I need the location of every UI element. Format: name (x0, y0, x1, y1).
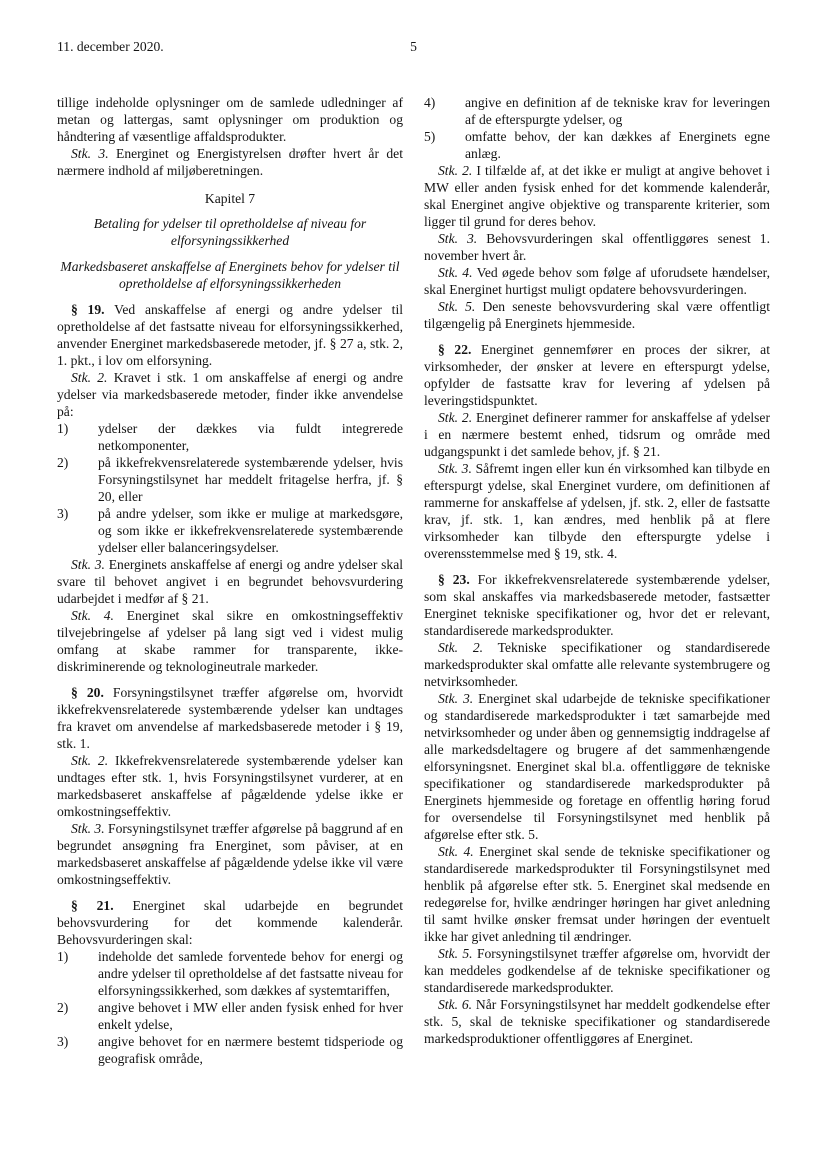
section-paragraph: § 22. Energinet gennemfører en proces de… (424, 341, 770, 409)
chapter-heading-text: Kapitel 7 (205, 191, 255, 206)
stk-paragraph: Stk. 5. Den seneste behovsvurdering skal… (424, 298, 770, 332)
list-item-text: på ikkefrekvensrelaterede systembærende … (98, 455, 403, 504)
heading-text: Betaling for ydelser til opretholdelse a… (94, 216, 366, 248)
section-paragraph: § 23. For ikkefrekvensrelaterede systemb… (424, 571, 770, 639)
list-item-text: omfatte behov, der kan dækkes af Energin… (465, 129, 770, 161)
stk-paragraph: Stk. 4. Ved øgede behov som følge af ufo… (424, 264, 770, 298)
stk-paragraph: Stk. 3. Behovsvurderingen skal offentlig… (424, 230, 770, 264)
paragraph: tillige indeholde oplysninger om de saml… (57, 94, 403, 145)
header-date: 11. december 2020. (57, 38, 164, 55)
section-label: § 23. (438, 572, 470, 587)
list-item-number: 2) (57, 999, 68, 1016)
paragraph-text: Forsyningstilsynet træffer afgørelse om,… (57, 685, 403, 751)
stk-paragraph: Stk. 3. Energinet skal udarbejde de tekn… (424, 690, 770, 843)
paragraph-text: Energinet skal udarbejde de tekniske spe… (424, 691, 770, 842)
list-item-text: angive behovet i MW eller anden fysisk e… (98, 1000, 403, 1032)
chapter-heading: Kapitel 7 (57, 190, 403, 207)
heading-text: Markedsbaseret anskaffelse af Energinets… (60, 259, 399, 291)
stk-label: Stk. 3. (438, 231, 477, 246)
paragraph-text: Den seneste behovsvurdering skal være of… (424, 299, 770, 331)
section-paragraph: § 20. Forsyningstilsynet træffer afgørel… (57, 684, 403, 752)
list-item-number: 1) (57, 948, 68, 965)
center-italic-heading: Betaling for ydelser til opretholdelse a… (57, 215, 403, 249)
list-item-number: 2) (57, 454, 68, 471)
paragraph-text: Forsyningstilsynet træffer afgørelse på … (57, 821, 403, 887)
stk-paragraph: Stk. 2. Kravet i stk. 1 om anskaffelse a… (57, 369, 403, 420)
stk-label: Stk. 2. (71, 753, 108, 768)
section-label: § 20. (71, 685, 104, 700)
section-label: § 22. (438, 342, 471, 357)
paragraph-text: Kravet i stk. 1 om anskaffelse af energi… (57, 370, 403, 419)
list-item-text: angive behovet for en nærmere bestemt ti… (98, 1034, 403, 1066)
page-header: 11. december 2020. 5 (57, 38, 770, 55)
list-item-number: 3) (57, 505, 68, 522)
stk-label: Stk. 2. (438, 410, 472, 425)
page-number: 5 (410, 38, 417, 55)
stk-label: Stk. 4. (438, 265, 473, 280)
list-item-text: ydelser der dækkes via fuldt integrerede… (98, 421, 403, 453)
list-item-text: angive en definition af de tekniske krav… (465, 95, 770, 127)
list-item: 3)på andre ydelser, som ikke er mulige a… (57, 505, 403, 556)
stk-label: Stk. 3. (438, 691, 473, 706)
stk-label: Stk. 4. (438, 844, 474, 859)
paragraph-text: Energinet og Energistyrelsen drøfter hve… (57, 146, 403, 178)
paragraph-text: Energinet gennemfører en proces der sikr… (424, 342, 770, 408)
section-label: § 21. (71, 898, 114, 913)
paragraph-text: Forsyningstilsynet træffer afgørelse om,… (424, 946, 770, 995)
stk-paragraph: Stk. 3. Energinets anskaffelse af energi… (57, 556, 403, 607)
stk-paragraph: Stk. 2. Tekniske specifikationer og stan… (424, 639, 770, 690)
paragraph-text: Energinets anskaffelse af energi og andr… (57, 557, 403, 606)
stk-paragraph: Stk. 3. Forsyningstilsynet træffer afgør… (57, 820, 403, 888)
stk-paragraph: Stk. 6. Når Forsyningstilsynet har medde… (424, 996, 770, 1047)
list-item-number: 3) (57, 1033, 68, 1050)
paragraph-text: Energinet definerer rammer for anskaffel… (424, 410, 770, 459)
stk-label: Stk. 2. (438, 640, 483, 655)
right-column: 4)angive en definition af de tekniske kr… (424, 94, 770, 1067)
list-item-number: 1) (57, 420, 68, 437)
paragraph-text: Såfremt ingen eller kun én virksomhed ka… (424, 461, 770, 561)
paragraph-text: For ikkefrekvensrelaterede systembærende… (424, 572, 770, 638)
paragraph-text: Ved øgede behov som følge af uforudsete … (424, 265, 770, 297)
section-paragraph: § 19. Ved anskaffelse af energi og andre… (57, 301, 403, 369)
stk-label: Stk. 6. (438, 997, 472, 1012)
list-item: 2)på ikkefrekvensrelaterede systembærend… (57, 454, 403, 505)
stk-label: Stk. 3. (71, 146, 109, 161)
paragraph-text: Ikkefrekvensrelaterede systembærende yde… (57, 753, 403, 819)
list-item: 2)angive behovet i MW eller anden fysisk… (57, 999, 403, 1033)
center-italic-heading: Markedsbaseret anskaffelse af Energinets… (57, 258, 403, 292)
paragraph-text: I tilfælde af, at det ikke er muligt at … (424, 163, 770, 229)
section-label: § 19. (71, 302, 105, 317)
list-item: 1)indeholde det samlede forventede behov… (57, 948, 403, 999)
list-item-text: på andre ydelser, som ikke er mulige at … (98, 506, 403, 555)
stk-paragraph: Stk. 4. Energinet skal sikre en omkostni… (57, 607, 403, 675)
paragraph-text: tillige indeholde oplysninger om de saml… (57, 95, 403, 144)
list-item: 5)omfatte behov, der kan dækkes af Energ… (424, 128, 770, 162)
stk-paragraph: Stk. 4. Energinet skal sende de tekniske… (424, 843, 770, 945)
stk-paragraph: Stk. 2. I tilfælde af, at det ikke er mu… (424, 162, 770, 230)
stk-label: Stk. 3. (438, 461, 472, 476)
stk-paragraph: Stk. 5. Forsyningstilsynet træffer afgør… (424, 945, 770, 996)
stk-label: Stk. 4. (71, 608, 114, 623)
stk-label: Stk. 3. (71, 821, 105, 836)
stk-label: Stk. 5. (438, 946, 473, 961)
list-item-number: 4) (424, 94, 435, 111)
list-item-number: 5) (424, 128, 435, 145)
list-item: 1)ydelser der dækkes via fuldt integrere… (57, 420, 403, 454)
stk-paragraph: Stk. 2. Energinet definerer rammer for a… (424, 409, 770, 460)
list-item-text: indeholde det samlede forventede behov f… (98, 949, 403, 998)
paragraph-text: Energinet skal sende de tekniske specifi… (424, 844, 770, 944)
paragraph-text: Når Forsyningstilsynet har meddelt godke… (424, 997, 770, 1046)
stk-label: Stk. 2. (438, 163, 472, 178)
paragraph-text: Ved anskaffelse af energi og andre ydels… (57, 302, 403, 368)
list-item: 4)angive en definition af de tekniske kr… (424, 94, 770, 128)
stk-paragraph: Stk. 2. Ikkefrekvensrelaterede systembær… (57, 752, 403, 820)
stk-label: Stk. 3. (71, 557, 105, 572)
two-column-body: tillige indeholde oplysninger om de saml… (57, 94, 770, 1067)
stk-paragraph: Stk. 3. Såfremt ingen eller kun én virks… (424, 460, 770, 562)
section-paragraph: § 21. Energinet skal udarbejde en begrun… (57, 897, 403, 948)
stk-label: Stk. 2. (71, 370, 107, 385)
document-page: 11. december 2020. 5 tillige indeholde o… (0, 0, 827, 1169)
list-item: 3)angive behovet for en nærmere bestemt … (57, 1033, 403, 1067)
stk-label: Stk. 5. (438, 299, 475, 314)
stk-paragraph: Stk. 3. Energinet og Energistyrelsen drø… (57, 145, 403, 179)
left-column: tillige indeholde oplysninger om de saml… (57, 94, 403, 1067)
